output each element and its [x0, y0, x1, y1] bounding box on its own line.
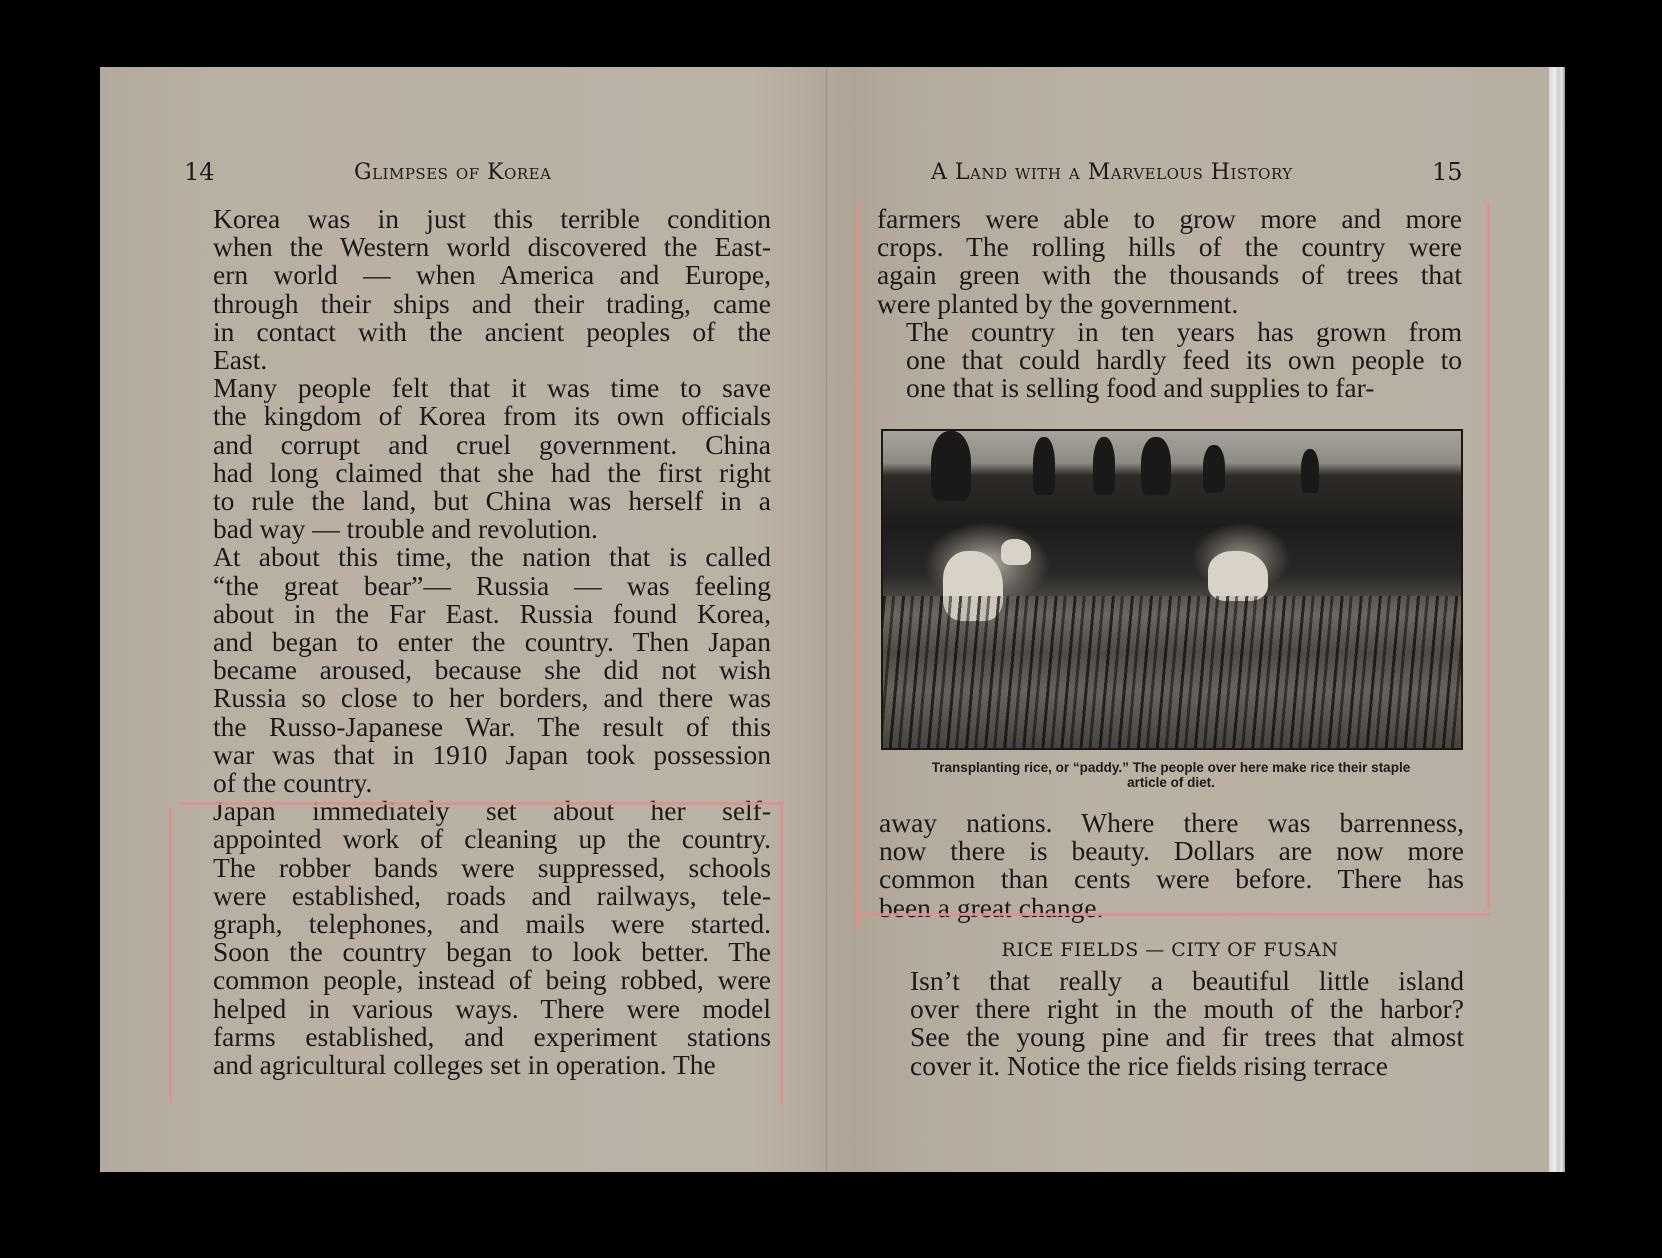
- text-line: appointed work of cleaning up the countr…: [184, 825, 771, 853]
- text-line: away nations. Where there was barrenness…: [879, 809, 1464, 837]
- text-line: became aroused, because she did not wish: [184, 656, 771, 684]
- right-page-text-top: farmers were able to grow more and morec…: [877, 205, 1462, 402]
- text-line: one that is selling food and supplies to…: [877, 374, 1462, 402]
- text-line: crops. The rolling hills of the country …: [877, 233, 1462, 261]
- rice-paddy-photo: [881, 429, 1463, 750]
- highlight-box-top: [180, 802, 782, 805]
- text-line: about in the Far East. Russia found Kore…: [184, 600, 771, 628]
- text-line: common people, instead of being robbed, …: [184, 966, 771, 994]
- text-line: and corrupt and cruel government. China: [184, 431, 771, 459]
- text-line: over there right in the mouth of the har…: [881, 995, 1464, 1023]
- left-page-text: Korea was in just this terrible conditio…: [184, 205, 771, 1079]
- text-line: farmers were able to grow more and more: [877, 205, 1462, 233]
- text-line: Soon the country began to look better. T…: [184, 938, 771, 966]
- text-line: helped in various ways. There were model: [184, 995, 771, 1023]
- text-line: cover it. Notice the rice fields rising …: [881, 1052, 1464, 1080]
- text-line: were planted by the government.: [877, 290, 1462, 318]
- text-line: one that could hardly feed its own peopl…: [877, 346, 1462, 374]
- page-edges: [1549, 67, 1565, 1172]
- text-line: Isn’t that really a beautiful little isl…: [881, 967, 1464, 995]
- text-line: Many people felt that it was time to sav…: [184, 374, 771, 402]
- text-line: and agricultural colleges set in operati…: [184, 1051, 771, 1079]
- text-line: East.: [184, 346, 771, 374]
- text-line: to rule the land, but China was herself …: [184, 487, 771, 515]
- text-line: were established, roads and railways, te…: [184, 882, 771, 910]
- text-line: again green with the thousands of trees …: [877, 261, 1462, 289]
- text-line: bad way — trouble and revolution.: [184, 515, 771, 543]
- text-line: when the Western world discovered the Ea…: [184, 233, 771, 261]
- text-line: ern world — when America and Europe,: [184, 261, 771, 289]
- paragraph: The country in ten years has grown fromo…: [877, 318, 1462, 403]
- highlight-box-left: [169, 808, 172, 1103]
- text-line: The country in ten years has grown from: [877, 318, 1462, 346]
- highlight-box-right: [780, 802, 783, 1105]
- text-line: Russia so close to her borders, and ther…: [184, 684, 771, 712]
- text-line: The robber bands were suppressed, school…: [184, 854, 771, 882]
- text-line: now there is beauty. Dollars are now mor…: [879, 837, 1464, 865]
- text-line: of the country.: [184, 769, 771, 797]
- paragraph: Many people felt that it was time to sav…: [184, 374, 771, 543]
- text-line: See the young pine and fir trees that al…: [881, 1023, 1464, 1051]
- paragraph: Isn’t that really a beautiful little isl…: [881, 967, 1464, 1080]
- highlight-box-right: [1487, 203, 1490, 908]
- text-line: common than cents were before. There has: [879, 865, 1464, 893]
- text-line: and began to enter the country. Then Jap…: [184, 628, 771, 656]
- highlight-box-left: [856, 203, 859, 930]
- paragraph: At about this time, the nation that is c…: [184, 543, 771, 797]
- section-heading: RICE FIELDS — CITY OF FUSAN: [880, 939, 1460, 961]
- text-line: At about this time, the nation that is c…: [184, 543, 771, 571]
- text-line: war was that in 1910 Japan took possessi…: [184, 741, 771, 769]
- text-line: farms established, and experiment statio…: [184, 1023, 771, 1051]
- page-number-right: 15: [1432, 158, 1463, 186]
- running-head-right: A Land with a Marvelous History: [931, 160, 1293, 185]
- running-head-left: Glimpses of Korea: [354, 160, 551, 185]
- text-line: been a great change.: [879, 894, 1464, 922]
- right-page-text-middle: away nations. Where there was barrenness…: [879, 809, 1464, 922]
- page-number-left: 14: [184, 158, 215, 186]
- text-line: in contact with the ancient peoples of t…: [184, 318, 771, 346]
- paragraph: farmers were able to grow more and morec…: [877, 205, 1462, 318]
- photo-caption: Transplanting rice, or “paddy.” The peop…: [878, 760, 1464, 790]
- paragraph-highlighted: Japan immediately set about her self-app…: [184, 797, 771, 1079]
- text-line: graph, telephones, and mails were starte…: [184, 910, 771, 938]
- right-page-text-bottom: Isn’t that really a beautiful little isl…: [881, 967, 1464, 1080]
- book-gutter: [826, 67, 827, 1172]
- text-line: had long claimed that she had the first …: [184, 459, 771, 487]
- text-line: the kingdom of Korea from its own offici…: [184, 402, 771, 430]
- caption-line: article of diet.: [878, 775, 1464, 790]
- text-line: “the great bear”— Russia — was feeling: [184, 572, 771, 600]
- text-line: Korea was in just this terrible conditio…: [184, 205, 771, 233]
- highlight-box-bottom: [856, 913, 1490, 916]
- paragraph: away nations. Where there was barrenness…: [879, 809, 1464, 922]
- text-line: through their ships and their trading, c…: [184, 290, 771, 318]
- text-line: the Russo-Japanese War. The result of th…: [184, 713, 771, 741]
- paragraph: Korea was in just this terrible conditio…: [184, 205, 771, 374]
- caption-line: Transplanting rice, or “paddy.” The peop…: [878, 760, 1464, 775]
